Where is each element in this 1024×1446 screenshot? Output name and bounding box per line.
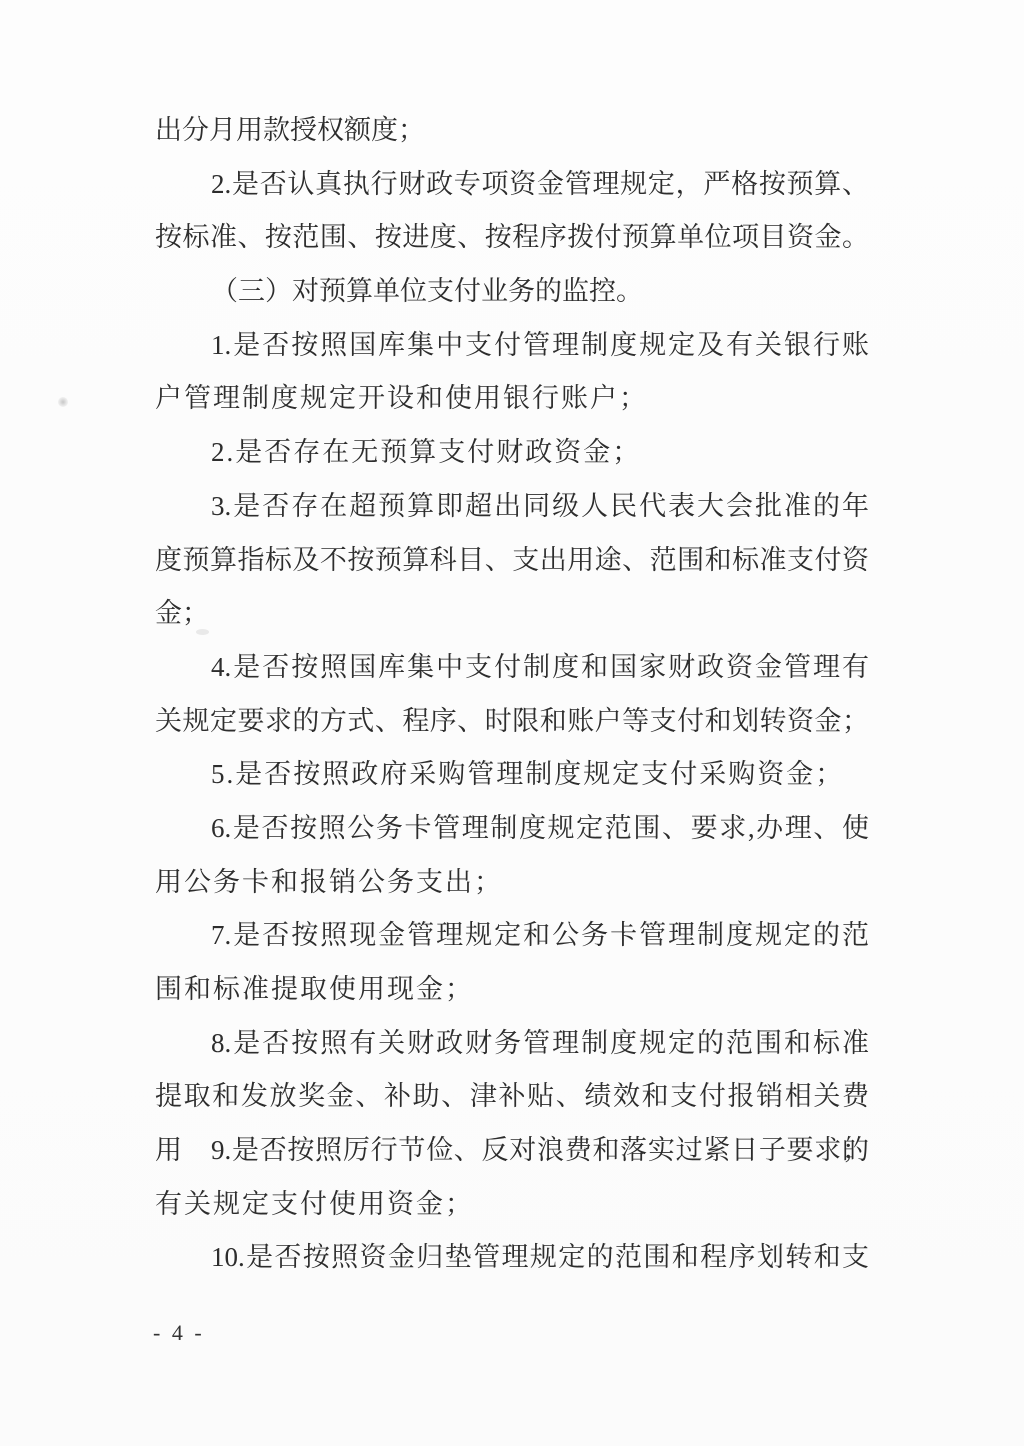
text-line: 金； xyxy=(155,587,869,641)
document-body: 出分月用款授权额度；2.是否认真执行财政专项资金管理规定，严格按预算、按标准、按… xyxy=(155,104,869,1285)
text-line: 提取和发放奖金、补助、津补贴、绩效和支付报销相关费用； xyxy=(155,1070,869,1124)
text-line: 8.是否按照有关财政财务管理制度规定的范围和标准 xyxy=(155,1017,869,1071)
document-page: 出分月用款授权额度；2.是否认真执行财政专项资金管理规定，严格按预算、按标准、按… xyxy=(0,0,1024,1446)
text-line: 10.是否按照资金归垫管理规定的范围和程序划转和支 xyxy=(155,1231,869,1285)
text-line: 7.是否按照现金管理规定和公务卡管理制度规定的范 xyxy=(155,909,869,963)
text-line: 3.是否存在超预算即超出同级人民代表大会批准的年 xyxy=(155,480,869,534)
text-line: 户管理制度规定开设和使用银行账户； xyxy=(155,372,869,426)
text-line: 度预算指标及不按预算科目、支出用途、范围和标准支付资 xyxy=(155,534,869,588)
text-line: 有关规定支付使用资金； xyxy=(155,1178,869,1232)
text-line: （三）对预算单位支付业务的监控。 xyxy=(155,265,869,319)
text-line: 2.是否认真执行财政专项资金管理规定，严格按预算、 xyxy=(155,158,869,212)
text-line: 按标准、按范围、按进度、按程序拨付预算单位项目资金。 xyxy=(155,211,869,265)
text-line: 9.是否按照厉行节俭、反对浪费和落实过紧日子要求的 xyxy=(155,1124,869,1178)
text-line: 5.是否按照政府采购管理制度规定支付采购资金； xyxy=(155,748,869,802)
text-line: 出分月用款授权额度； xyxy=(155,104,869,158)
text-line: 4.是否按照国库集中支付制度和国家财政资金管理有 xyxy=(155,641,869,695)
text-line: 2.是否存在无预算支付财政资金； xyxy=(155,426,869,480)
text-line: 关规定要求的方式、程序、时限和账户等支付和划转资金； xyxy=(155,695,869,749)
text-line: 围和标准提取使用现金； xyxy=(155,963,869,1017)
text-line: 用公务卡和报销公务支出； xyxy=(155,856,869,910)
scan-artifact-speck xyxy=(58,397,68,407)
text-line: 1.是否按照国库集中支付管理制度规定及有关银行账 xyxy=(155,319,869,373)
text-line: 6.是否按照公务卡管理制度规定范围、要求,办理、使 xyxy=(155,802,869,856)
page-number: - 4 - xyxy=(153,1318,205,1348)
